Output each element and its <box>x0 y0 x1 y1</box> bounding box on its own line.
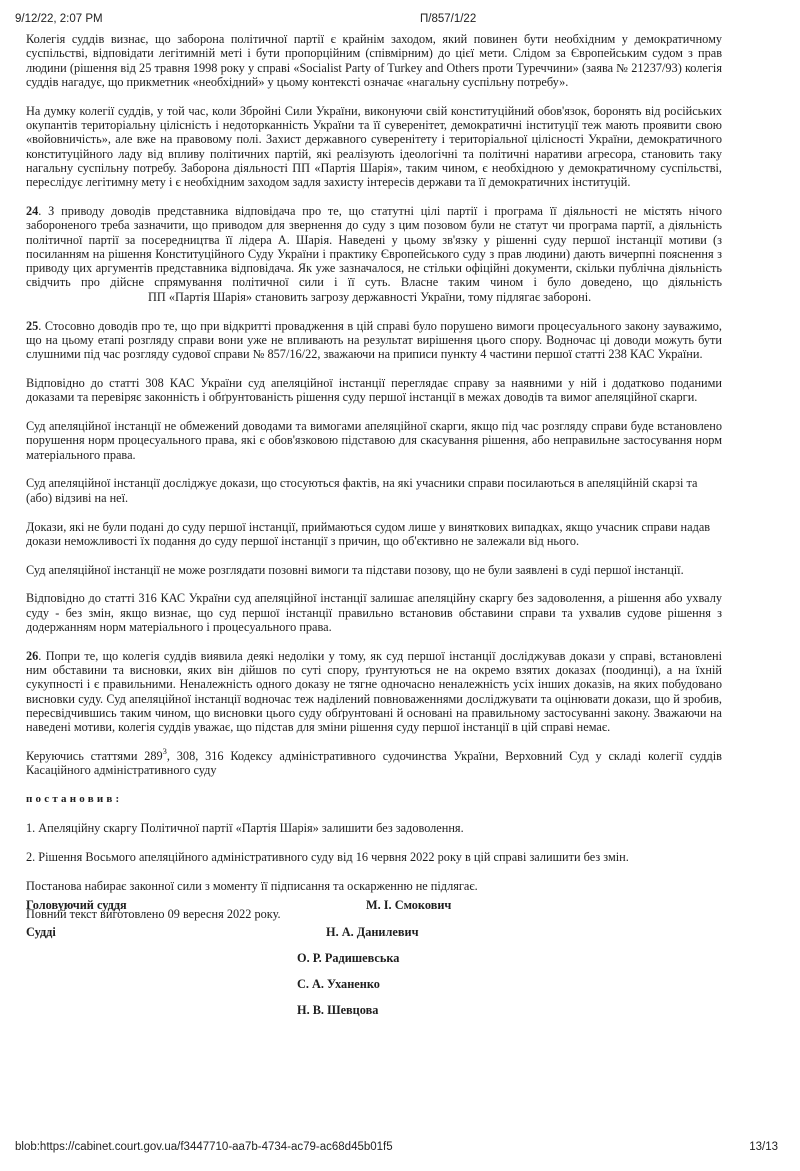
order-item-2: 2. Рішення Восьмого апеляційного адмініс… <box>26 850 722 864</box>
print-timestamp: 9/12/22, 2:07 PM <box>15 13 103 25</box>
document-url: blob:https://cabinet.court.gov.ua/f34477… <box>15 1141 393 1153</box>
paragraph-24-text: . З приводу доводів представника відпові… <box>26 204 722 289</box>
presiding-judge-label: Головуючий суддя <box>26 898 127 913</box>
paragraph-24-text-end: ПП «Партія Шарія» становить загрозу держ… <box>148 290 591 304</box>
paragraph-25-text: . Стосовно доводів про те, що при відкри… <box>26 319 722 362</box>
paragraph-scope-review: Суд апеляційної інстанції не обмежений д… <box>26 419 722 462</box>
judge-name: Н. А. Данилевич <box>326 925 419 940</box>
paragraph-24: 24. З приводу доводів представника відпо… <box>26 204 722 304</box>
paragraph-guided-by: Керуючись статтями 2893, 308, 316 Кодекс… <box>26 749 722 778</box>
document-id: П/857/1/22 <box>420 13 476 25</box>
paragraph-new-claims: Суд апеляційної інстанції не може розгля… <box>26 563 722 577</box>
judge-name: С. А. Уханенко <box>297 977 380 992</box>
document-body: Колегія суддів визнає, що заборона політ… <box>26 32 722 936</box>
paragraph-new-evidence: Докази, які не були подані до суду першо… <box>26 520 722 549</box>
paragraph-article-308: Відповідно до статті 308 КАС України суд… <box>26 376 722 405</box>
order-item-1: 1. Апеляційну скаргу Політичної партії «… <box>26 821 722 835</box>
paragraph-article-316: Відповідно до статті 316 КАС України суд… <box>26 591 722 634</box>
judges-label: Судді <box>26 925 56 940</box>
guided-text: Керуючись статтями 289 <box>26 749 163 763</box>
paragraph-evidence-facts: Суд апеляційної інстанції досліджує дока… <box>26 476 722 505</box>
judge-name: О. Р. Радишевська <box>297 951 399 966</box>
presiding-judge-name: М. І. Смокович <box>366 898 451 913</box>
paragraph-26: 26. Попри те, що колегія суддів виявила … <box>26 649 722 735</box>
paragraph-25: 25. Стосовно доводів про те, що при відк… <box>26 319 722 362</box>
resolved-heading: постановив: <box>26 792 722 806</box>
paragraph-number: 25 <box>26 319 38 333</box>
page-number: 13/13 <box>749 1141 778 1153</box>
paragraph-number: 24 <box>26 204 38 218</box>
paragraph-militant-democracy: На думку колегії суддів, у той час, коли… <box>26 104 722 190</box>
paragraph-necessity: Колегія суддів визнає, що заборона політ… <box>26 32 722 89</box>
judge-name: Н. В. Шевцова <box>297 1003 378 1018</box>
paragraph-number: 26 <box>26 649 38 663</box>
effect-statement: Постанова набирає законної сили з момент… <box>26 879 722 893</box>
paragraph-26-text: . Попри те, що колегія суддів виявила де… <box>26 649 722 734</box>
